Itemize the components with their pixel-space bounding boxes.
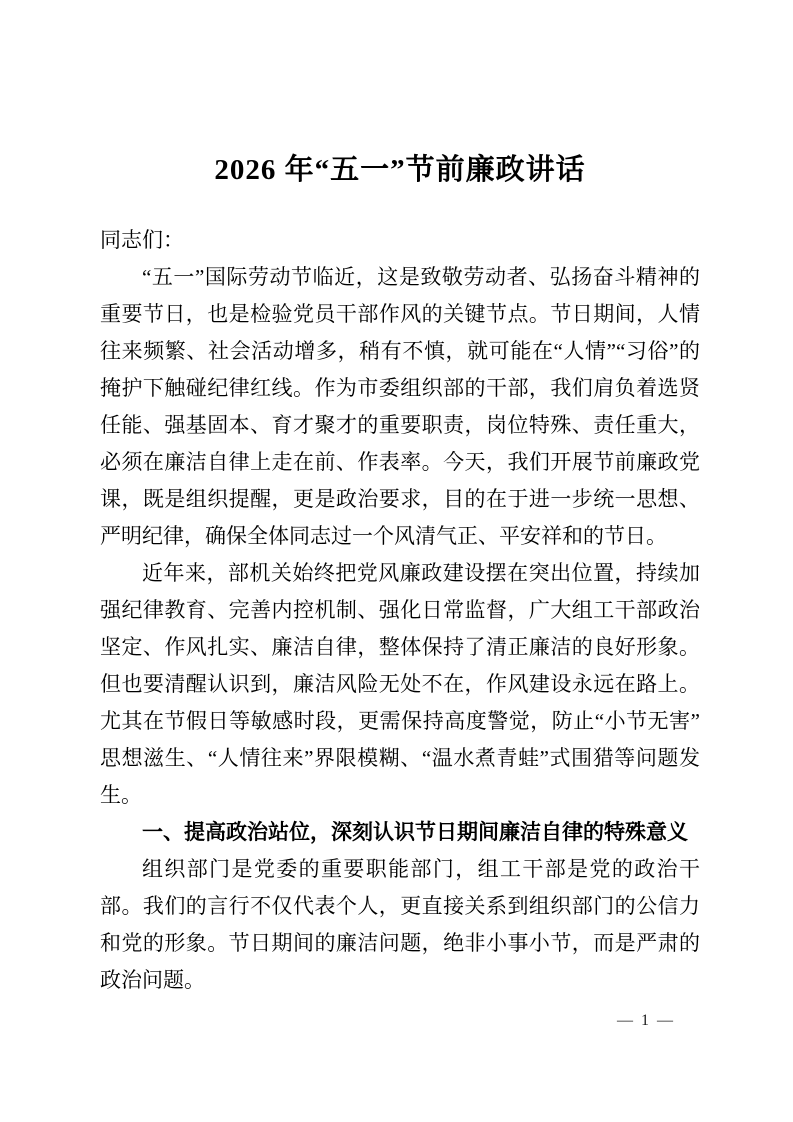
section-heading-1: 一、提高政治站位，深刻认识节日期间廉洁自律的特殊意义 bbox=[100, 814, 700, 851]
salutation: 同志们： bbox=[100, 222, 700, 259]
page-number: — 1 — bbox=[617, 1010, 675, 1032]
page-footer: — 1 — bbox=[100, 1010, 700, 1032]
paragraph-2: 近年来，部机关始终把党风廉政建设摆在突出位置，持续加强纪律教育、完善内控机制、强… bbox=[100, 555, 700, 814]
document-body: 同志们： “五一”国际劳动节临近，这是致敬劳动者、弘扬奋斗精神的重要节日，也是检… bbox=[100, 222, 700, 999]
document-title: 2026 年“五一”节前廉政讲话 bbox=[100, 152, 700, 188]
document-content: 2026 年“五一”节前廉政讲话 同志们： “五一”国际劳动节临近，这是致敬劳动… bbox=[100, 152, 700, 999]
paragraph-3: 组织部门是党委的重要职能部门，组工干部是党的政治干部。我们的言行不仅代表个人，更… bbox=[100, 851, 700, 999]
document-page: 2026 年“五一”节前廉政讲话 同志们： “五一”国际劳动节临近，这是致敬劳动… bbox=[0, 0, 793, 1122]
paragraph-1: “五一”国际劳动节临近，这是致敬劳动者、弘扬奋斗精神的重要节日，也是检验党员干部… bbox=[100, 259, 700, 555]
